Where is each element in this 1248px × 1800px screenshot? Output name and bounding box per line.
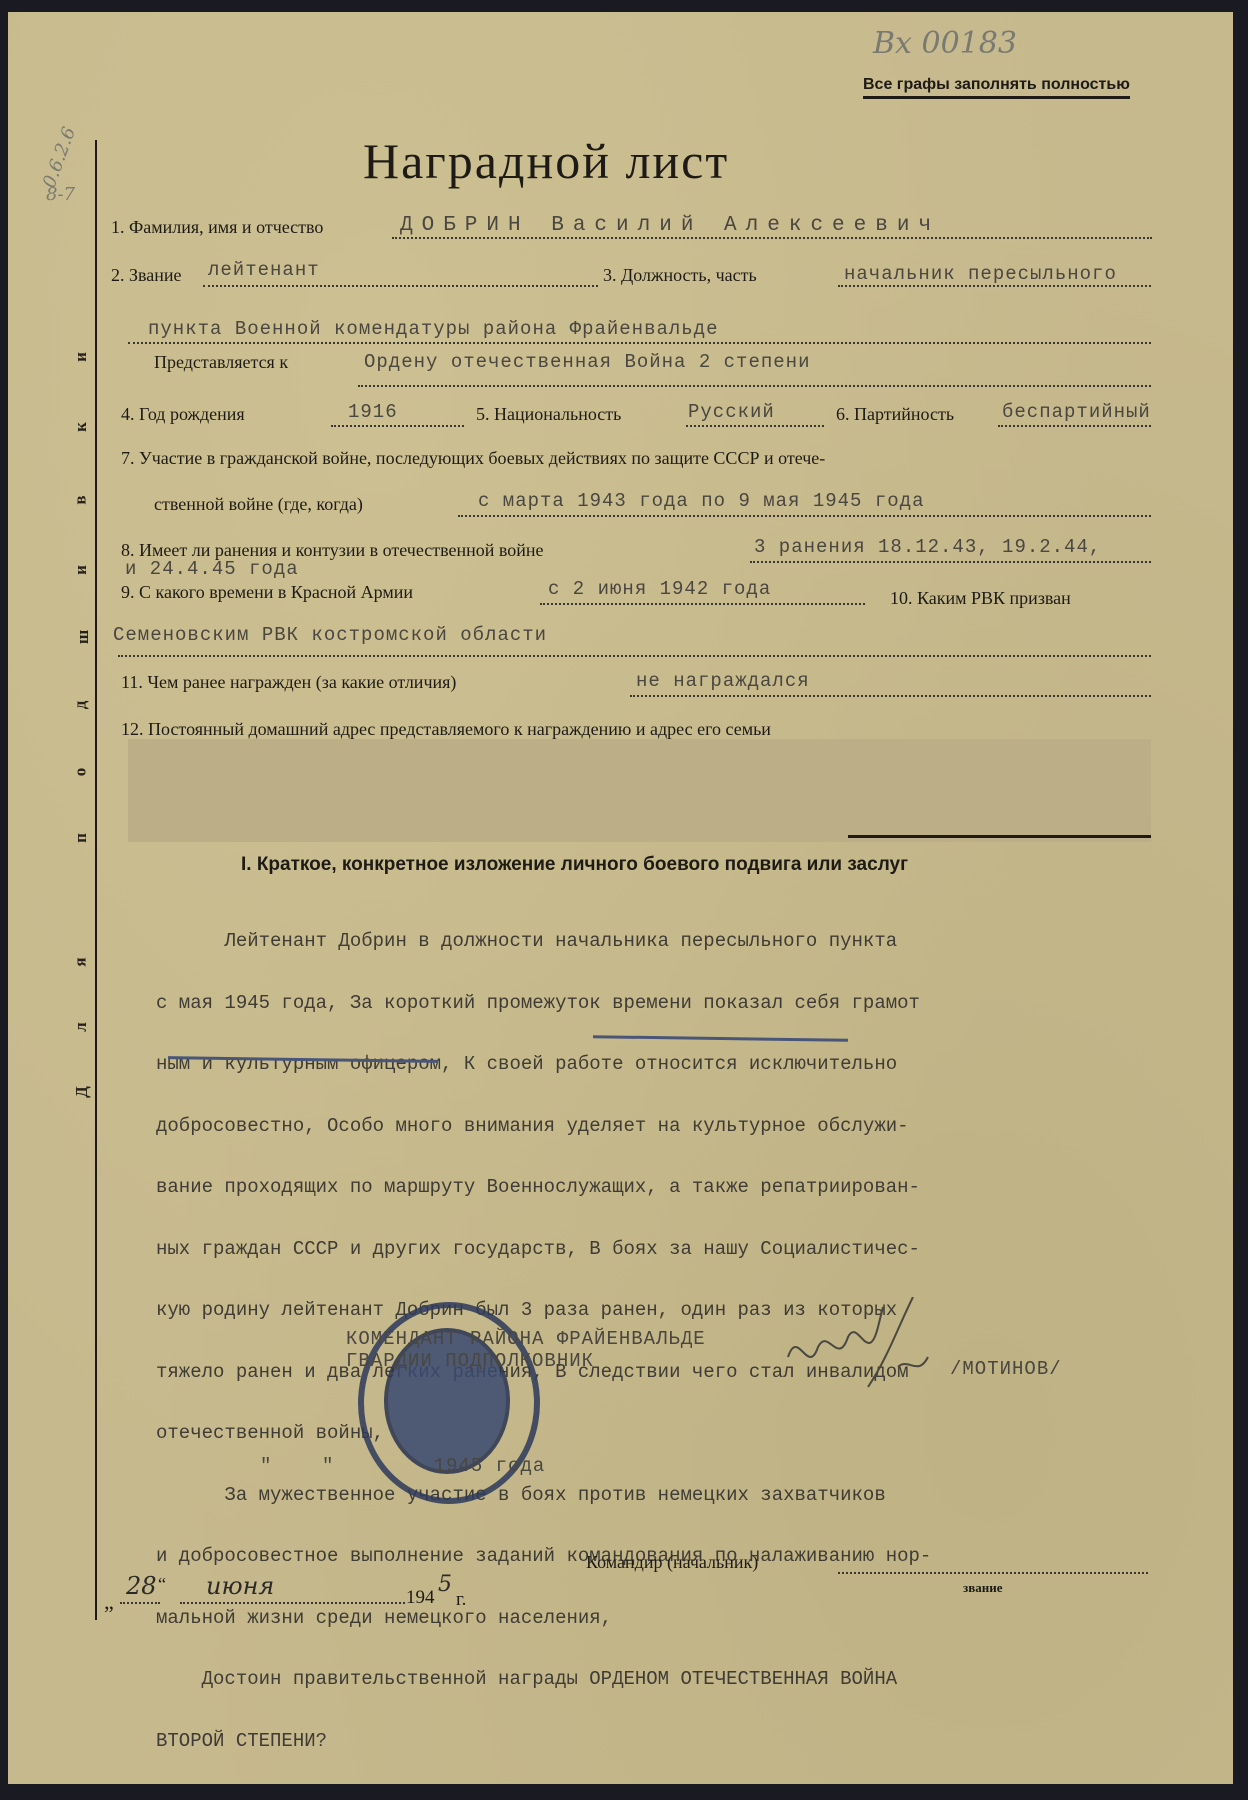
commander-label: Командир (начальник) bbox=[586, 1552, 758, 1573]
date-year-prefix: 194 bbox=[406, 1587, 435, 1609]
date-day: 28 bbox=[126, 1572, 157, 1600]
date-g: г. bbox=[456, 1589, 466, 1611]
merit-line: и добросовестное выполнение заданий кома… bbox=[156, 1546, 931, 1567]
archive-number: Вх 00183 bbox=[873, 26, 1017, 61]
instruction-note: Все графы заполнять полностью bbox=[863, 76, 1130, 99]
field-2-value: лейтенант bbox=[208, 259, 320, 281]
page-title: Наградной лист bbox=[363, 132, 729, 190]
field-1-label: 1. Фамилия, имя и отчество bbox=[111, 217, 323, 238]
field-7-label-cont: ственной войне (где, когда) bbox=[154, 494, 363, 515]
field-3-value: начальник пересыльного bbox=[844, 263, 1117, 285]
award-sheet-page: Вх 00183 Все графы заполнять полностью 0… bbox=[8, 12, 1233, 1784]
merit-line: с мая 1945 года, За короткий промежуток … bbox=[156, 993, 931, 1014]
date-month: июня bbox=[206, 1572, 274, 1600]
margin-note-1: 0.6.2.6 bbox=[39, 124, 80, 190]
nominated-label: Представляется к bbox=[154, 352, 288, 373]
signatory-name: /МОТИНОВ/ bbox=[950, 1358, 1062, 1380]
merit-line: вание проходящих по маршруту Военнослужа… bbox=[156, 1177, 931, 1198]
field-6-label: 6. Партийность bbox=[836, 404, 954, 425]
field-9-value: с 2 июня 1942 года bbox=[548, 578, 771, 600]
field-8-value-cont: и 24.4.45 года bbox=[125, 558, 299, 580]
field-5-value: Русский bbox=[688, 401, 775, 423]
field-1-value: ДОБРИН Василий Алексеевич bbox=[400, 214, 940, 237]
field-11-value: не награждался bbox=[636, 670, 810, 692]
signatory-rank: ГВАРДИИ ПОДПОЛКОВНИК bbox=[346, 1350, 594, 1372]
date-open-quote: „ bbox=[104, 1589, 114, 1615]
binding-line bbox=[95, 140, 97, 1620]
field-7-label: 7. Участие в гражданской войне, последую… bbox=[121, 448, 825, 469]
merit-line: мальной жизни среди немецкого населения, bbox=[156, 1608, 931, 1629]
section-heading: I. Краткое, конкретное изложение личного… bbox=[241, 854, 908, 876]
field-3-value-cont: пункта Военной комендатуры района Фрайен… bbox=[148, 318, 719, 340]
field-3-label: 3. Должность, часть bbox=[603, 265, 757, 286]
field-2-label: 2. Звание bbox=[111, 265, 182, 286]
field-10-value: Семеновским РВК костромской области bbox=[113, 624, 547, 646]
redacted-address bbox=[128, 739, 1151, 842]
margin-note-2: 8-7 bbox=[46, 184, 75, 205]
field-10-label: 10. Каким РВК призван bbox=[890, 588, 1071, 609]
field-8-value: 3 ранения 18.12.43, 19.2.44, bbox=[754, 536, 1101, 558]
handwritten-signature bbox=[778, 1297, 948, 1417]
field-6-value: беспартийный bbox=[1002, 401, 1151, 423]
nominated-value: Ордену отечественная Война 2 степени bbox=[364, 351, 810, 373]
field-4-label: 4. Год рождения bbox=[121, 404, 245, 425]
field-7-value: с марта 1943 года по 9 мая 1945 года bbox=[478, 490, 924, 512]
section-divider bbox=[848, 835, 1151, 838]
merit-line: Достоин правительственной награды ОРДЕНО… bbox=[156, 1669, 931, 1690]
signature-date: " " 1945 года bbox=[260, 1455, 545, 1477]
merit-line: За мужественное участие в боях против не… bbox=[156, 1485, 931, 1506]
merit-line: ВТОРОЙ СТЕПЕНИ? bbox=[156, 1731, 931, 1752]
field-9-label: 9. С какого времени в Красной Армии bbox=[121, 582, 413, 603]
date-close-quote: “ bbox=[158, 1574, 166, 1595]
field-4-value: 1916 bbox=[348, 401, 398, 423]
merit-line: отечественной войны, bbox=[156, 1423, 931, 1444]
merit-line: добросовестно, Особо много внимания удел… bbox=[156, 1116, 931, 1137]
rank-caption: звание bbox=[963, 1580, 1003, 1596]
merit-line: Лейтенант Добрин в должности начальника … bbox=[156, 931, 931, 952]
merit-line: ных граждан СССР и других государств, В … bbox=[156, 1239, 931, 1260]
field-12-label: 12. Постоянный домашний адрес представля… bbox=[121, 719, 771, 740]
field-5-label: 5. Национальность bbox=[476, 404, 621, 425]
signatory-title: КОМЕНДАНТ РАЙОНА ФРАЙЕНВАЛЬДЕ bbox=[346, 1328, 706, 1350]
field-11-label: 11. Чем ранее награжден (за какие отличи… bbox=[121, 672, 456, 693]
date-year-suffix: 5 bbox=[438, 1572, 452, 1597]
